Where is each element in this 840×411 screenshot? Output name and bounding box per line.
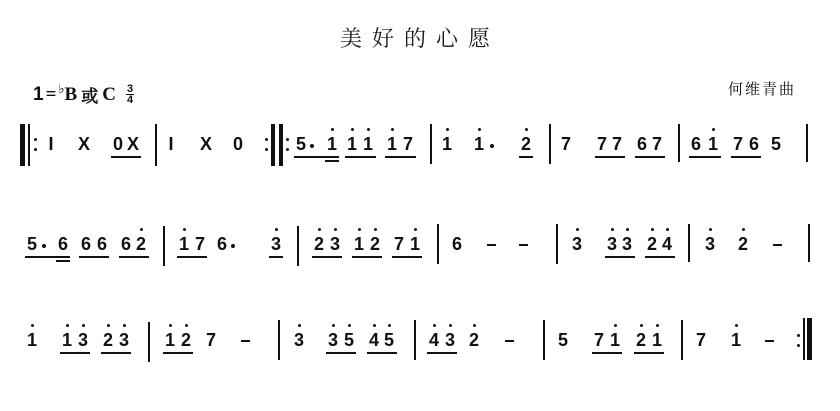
note: 2 [468, 330, 480, 350]
underline [269, 256, 283, 258]
underline [519, 156, 533, 158]
note: 6 [216, 234, 228, 254]
repeat-end-thick-bar [807, 318, 812, 360]
dash [487, 244, 496, 246]
note: 1 [707, 134, 719, 154]
note: 5 [295, 134, 307, 154]
underline [312, 256, 342, 258]
note: 1 [409, 234, 421, 254]
note: 7 [732, 134, 744, 154]
barline [681, 320, 683, 360]
note: 1 [730, 330, 742, 350]
note: I [45, 134, 57, 154]
note: 5 [26, 234, 38, 254]
note: 0 [112, 134, 124, 154]
note: 3 [270, 234, 282, 254]
underline [352, 256, 382, 258]
dash [241, 340, 250, 342]
augmentation-dot [231, 244, 235, 248]
note: X [78, 134, 90, 154]
note: 7 [560, 134, 572, 154]
note: 3 [606, 234, 618, 254]
underline [56, 260, 70, 262]
note: 3 [571, 234, 583, 254]
note: 6 [80, 234, 92, 254]
note: 1 [609, 330, 621, 350]
time-signature: 3 4 [126, 84, 134, 105]
repeat-start-thick-bar [20, 124, 25, 166]
repeat-start-thin-bar [28, 124, 30, 166]
note: 2 [135, 234, 147, 254]
note: 7 [205, 330, 217, 350]
underline [345, 156, 376, 158]
underline [634, 352, 664, 354]
underline [592, 352, 622, 354]
underline [326, 352, 356, 354]
note: 7 [393, 234, 405, 254]
key-signature: 1 = ♭ B 或 C 3 4 [33, 82, 134, 107]
note: 1 [164, 330, 176, 350]
note: 1 [651, 330, 663, 350]
note: 1 [362, 134, 374, 154]
note: X [200, 134, 212, 154]
underline [689, 156, 721, 158]
note: 7 [593, 330, 605, 350]
note: 4 [661, 234, 673, 254]
score-row-3: 1 1 3 2 3 1 2 7 3 3 5 4 5 4 3 2 5 7 1 2 … [0, 318, 840, 378]
note: 1 [473, 134, 485, 154]
note: 3 [77, 330, 89, 350]
key-alt: C [102, 84, 116, 106]
underline [79, 256, 109, 258]
note: 6 [96, 234, 108, 254]
underline [60, 352, 90, 354]
barline [414, 320, 416, 360]
note: 6 [636, 134, 648, 154]
underline [294, 156, 339, 158]
note: 1 [346, 134, 358, 154]
note: 1 [441, 134, 453, 154]
augmentation-dot [490, 144, 494, 148]
underline [635, 156, 665, 158]
barline [543, 320, 545, 360]
key-equals: = [46, 84, 57, 106]
key-name: B [65, 84, 78, 106]
dash [519, 244, 528, 246]
barline [806, 124, 808, 162]
barline [163, 226, 165, 266]
note: 5 [557, 330, 569, 350]
barline [688, 224, 690, 262]
note: 3 [704, 234, 716, 254]
repeat-end-thin-bar [803, 318, 805, 360]
composer-credit: 何维青曲 [728, 78, 796, 99]
underline [645, 256, 675, 258]
song-title: 美好的心愿 [0, 22, 840, 53]
barline [297, 226, 299, 266]
note: 4 [368, 330, 380, 350]
note: 7 [194, 234, 206, 254]
underline [25, 256, 70, 258]
note: 3 [293, 330, 305, 350]
barline [437, 224, 439, 264]
underline [385, 156, 416, 158]
barline [155, 124, 157, 166]
note: 2 [180, 330, 192, 350]
note: 7 [596, 134, 608, 154]
note: 4 [428, 330, 440, 350]
note: 2 [737, 234, 749, 254]
note: 6 [690, 134, 702, 154]
note: 2 [102, 330, 114, 350]
note: X [127, 134, 139, 154]
augmentation-dot [310, 144, 314, 148]
barline [549, 124, 551, 164]
dash [505, 340, 514, 342]
note: 3 [329, 234, 341, 254]
key-or: 或 [81, 82, 98, 107]
note: 3 [621, 234, 633, 254]
underline [325, 160, 339, 162]
underline [392, 256, 422, 258]
underline [731, 156, 761, 158]
underline [163, 352, 193, 354]
note: 5 [770, 134, 782, 154]
dash [773, 244, 782, 246]
note: 7 [402, 134, 414, 154]
note: 1 [353, 234, 365, 254]
note: 2 [313, 234, 325, 254]
barline [808, 224, 810, 262]
barline [556, 224, 558, 264]
note: 2 [369, 234, 381, 254]
note: 5 [343, 330, 355, 350]
note: 1 [386, 134, 398, 154]
note: 7 [611, 134, 623, 154]
flat-icon: ♭ [58, 81, 64, 97]
note: 2 [520, 134, 532, 154]
underline [605, 256, 635, 258]
score-row-2: 5 6 6 6 6 2 1 7 6 3 2 3 1 2 7 1 6 3 3 3 … [0, 222, 840, 282]
underline [177, 256, 207, 258]
augmentation-dot [42, 244, 46, 248]
barline [278, 320, 280, 360]
note: 2 [635, 330, 647, 350]
underline [427, 352, 457, 354]
underline [595, 156, 625, 158]
key-tonic: 1 [33, 84, 44, 106]
note: 3 [444, 330, 456, 350]
underline [101, 352, 131, 354]
barline [430, 124, 432, 164]
underline [111, 156, 141, 158]
note: 6 [748, 134, 760, 154]
note: 3 [118, 330, 130, 350]
note: 7 [695, 330, 707, 350]
note: 6 [57, 234, 69, 254]
note: 7 [651, 134, 663, 154]
underline [367, 352, 397, 354]
note: 1 [61, 330, 73, 350]
note: I [165, 134, 177, 154]
barline [678, 124, 680, 162]
underline [119, 256, 149, 258]
score-row-1: I X 0 X I X 0 5 1 1 1 1 7 1 1 2 7 7 7 6 … [0, 122, 840, 182]
barline [148, 322, 150, 362]
repeat-start-thick-bar [279, 124, 283, 166]
note: 1 [326, 134, 338, 154]
repeat-end-thick-bar [271, 124, 275, 166]
note: 6 [120, 234, 132, 254]
note: 0 [232, 134, 244, 154]
time-denominator: 4 [127, 95, 133, 105]
dash [765, 340, 774, 342]
note: 2 [646, 234, 658, 254]
note: 1 [178, 234, 190, 254]
note: 6 [451, 234, 463, 254]
note: 1 [26, 330, 38, 350]
note: 3 [327, 330, 339, 350]
note: 5 [383, 330, 395, 350]
